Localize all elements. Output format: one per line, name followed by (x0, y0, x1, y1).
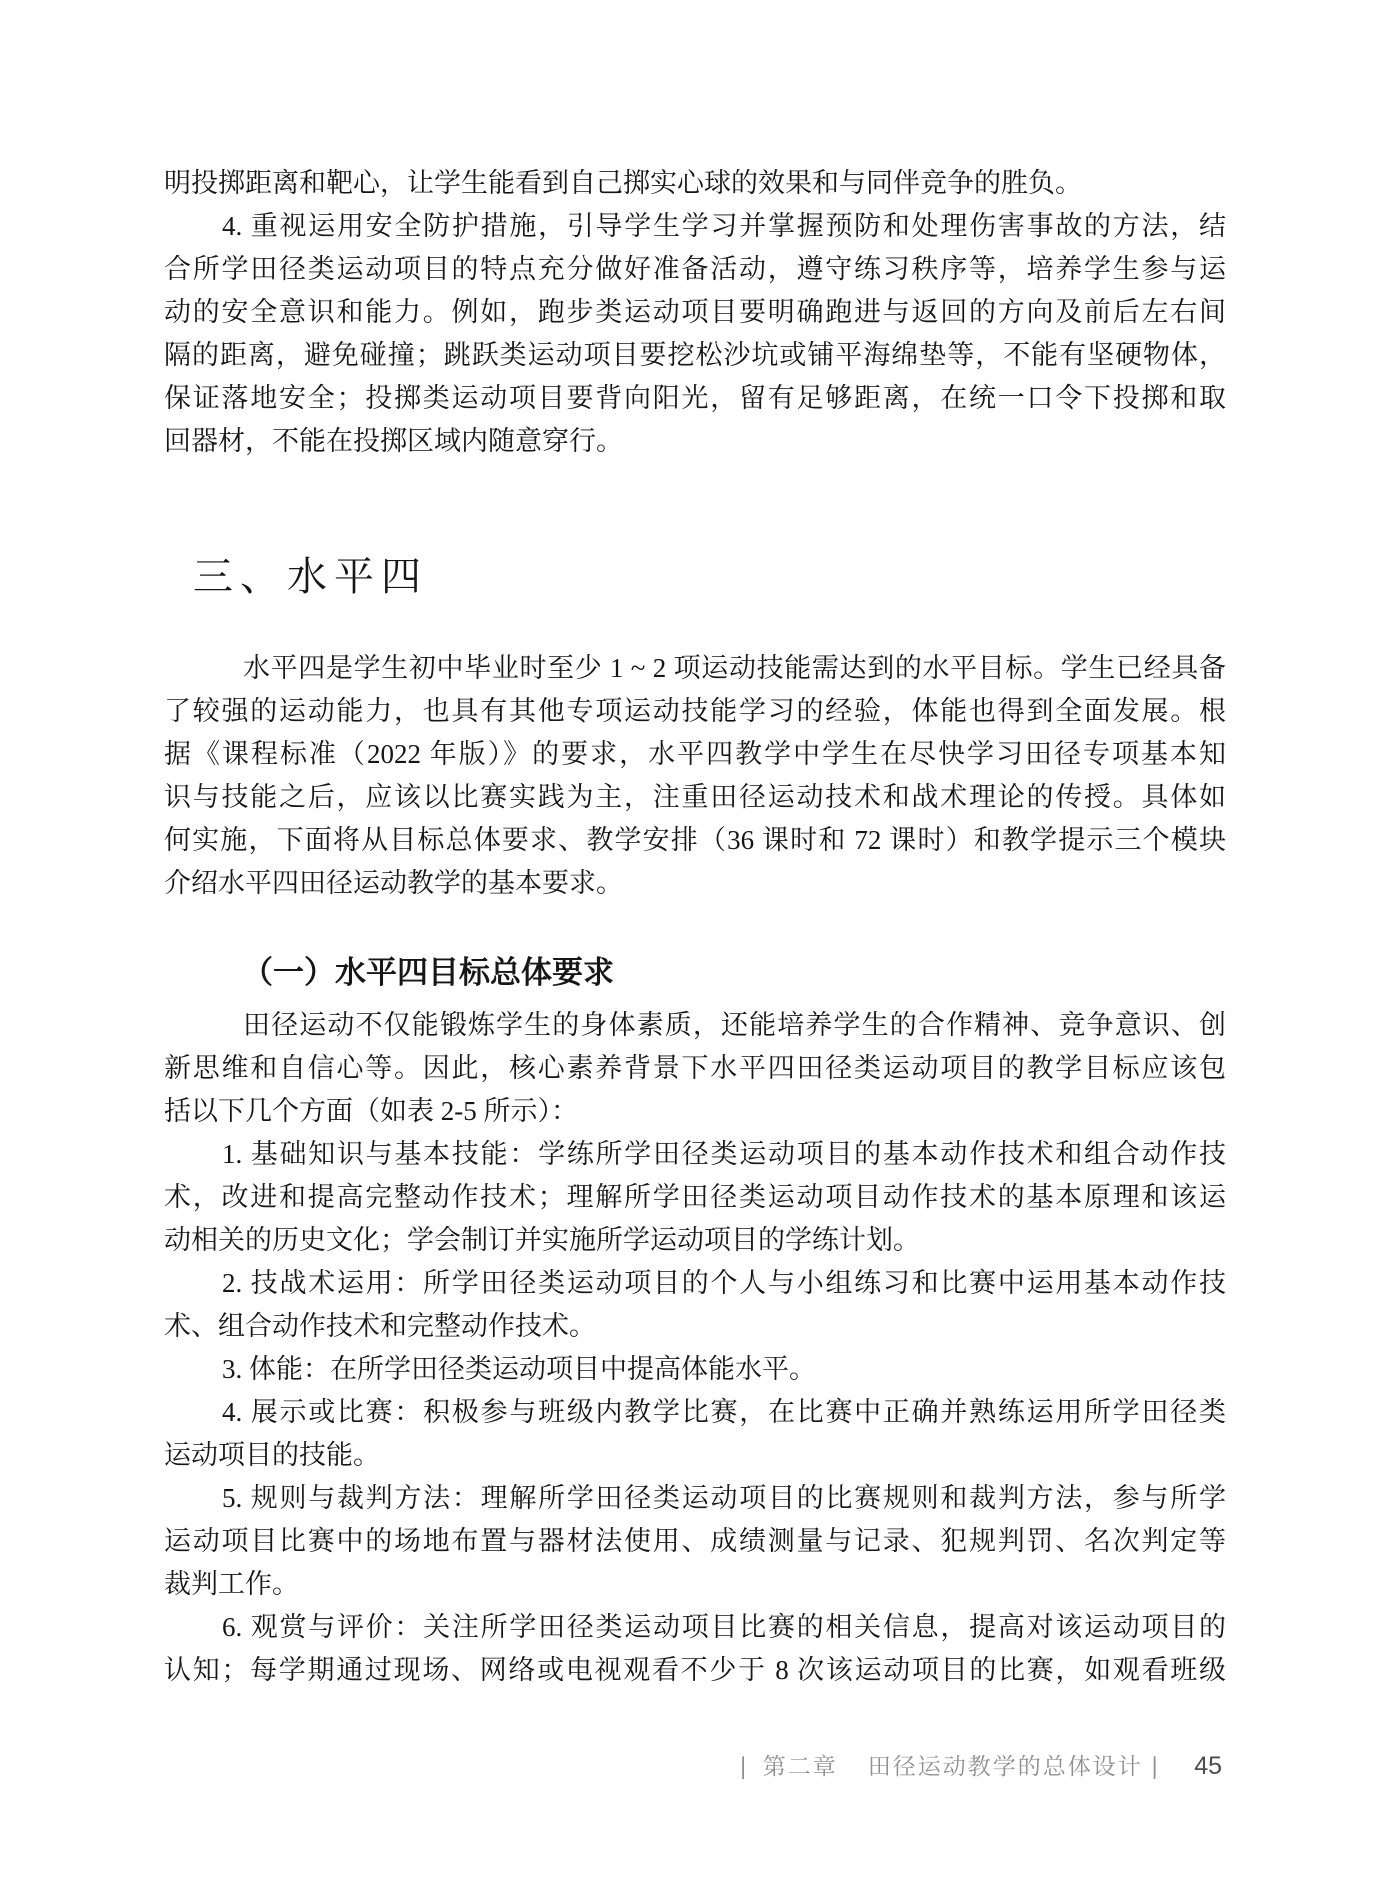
book-page: 明投掷距离和靶心，让学生能看到自己掷实心球的效果和与同伴竞争的胜负。4. 重视运… (0, 0, 1374, 1891)
footer-separator-right: ∣ (1149, 1753, 1163, 1780)
text-line: 动相关的历史文化；学会制订并实施所学运动项目的学练计划。 (164, 1219, 1226, 1262)
text-line: 介绍水平四田径运动教学的基本要求。 (164, 862, 1226, 905)
text-line: 4. 展示或比赛：积极参与班级内教学比赛，在比赛中正确并熟练运用所学田径类 (164, 1391, 1226, 1434)
subsection-heading-goals: （一）水平四目标总体要求 (242, 953, 1226, 993)
text-column: 明投掷距离和靶心，让学生能看到自己掷实心球的效果和与同伴竞争的胜负。4. 重视运… (164, 0, 1226, 1692)
paragraph-level4-intro: 水平四是学生初中毕业时至少 1 ~ 2 项运动技能需达到的水平目标。学生已经具备… (164, 647, 1226, 905)
text-line: 何实施，下面将从目标总体要求、教学安排（36 课时和 72 课时）和教学提示三个… (164, 819, 1226, 862)
text-line: 3. 体能：在所学田径类运动项目中提高体能水平。 (164, 1348, 1226, 1391)
text-line: 6. 观赏与评价：关注所学田径类运动项目比赛的相关信息，提高对该运动项目的 (164, 1606, 1226, 1649)
text-line: 运动项目的技能。 (164, 1434, 1226, 1477)
text-line: 田径运动不仅能锻炼学生的身体素质，还能培养学生的合作精神、竞争意识、创 (164, 1004, 1226, 1047)
text-line: 隔的距离，避免碰撞；跳跃类运动项目要挖松沙坑或铺平海绵垫等，不能有坚硬物体， (164, 334, 1226, 377)
text-line: 裁判工作。 (164, 1563, 1226, 1606)
footer-chapter-title: 田径运动教学的总体设计 (868, 1748, 1143, 1781)
paragraph-goals-intro: 田径运动不仅能锻炼学生的身体素质，还能培养学生的合作精神、竞争意识、创新思维和自… (164, 1004, 1226, 1133)
text-line: 了较强的运动能力，也具有其他专项运动技能学习的经验，体能也得到全面发展。根 (164, 690, 1226, 733)
section-heading-level4: 三、水平四 (193, 553, 1226, 601)
text-line: 5. 规则与裁判方法：理解所学田径类运动项目的比赛规则和裁判方法，参与所学 (164, 1477, 1226, 1520)
footer-chapter-label: 第二章 (763, 1748, 838, 1781)
text-line: 水平四是学生初中毕业时至少 1 ~ 2 项运动技能需达到的水平目标。学生已经具备 (164, 647, 1226, 690)
text-line: 4. 重视运用安全防护措施，引导学生学习并掌握预防和处理伤害事故的方法，结 (164, 205, 1226, 248)
text-line: 运动项目比赛中的场地布置与器材法使用、成绩测量与记录、犯规判罚、名次判定等 (164, 1520, 1226, 1563)
paragraph-safety-measures: 明投掷距离和靶心，让学生能看到自己掷实心球的效果和与同伴竞争的胜负。4. 重视运… (164, 162, 1226, 463)
text-line: 新思维和自信心等。因此，核心素养背景下水平四田径类运动项目的教学目标应该包 (164, 1047, 1226, 1090)
text-line: 括以下几个方面（如表 2-5 所示）： (164, 1090, 1226, 1133)
text-line: 术，改进和提高完整动作技术；理解所学田径类运动项目动作技术的基本原理和该运 (164, 1176, 1226, 1219)
text-line: 据《课程标准（2022 年版）》的要求，水平四教学中学生在尽快学习田径专项基本知 (164, 733, 1226, 776)
goal-item-rules-judging: 5. 规则与裁判方法：理解所学田径类运动项目的比赛规则和裁判方法，参与所学运动项… (164, 1477, 1226, 1606)
goal-item-competition: 4. 展示或比赛：积极参与班级内教学比赛，在比赛中正确并熟练运用所学田径类运动项… (164, 1391, 1226, 1477)
goal-item-basic-knowledge: 1. 基础知识与基本技能：学练所学田径类运动项目的基本动作技术和组合动作技术，改… (164, 1133, 1226, 1262)
text-line: 认知；每学期通过现场、网络或电视观看不少于 8 次该运动项目的比赛，如观看班级 (164, 1649, 1226, 1692)
page-footer: ∣ 第二章 田径运动教学的总体设计 ∣ 45 (737, 1748, 1222, 1781)
text-line: 2. 技战术运用：所学田径类运动项目的个人与小组练习和比赛中运用基本动作技 (164, 1262, 1226, 1305)
text-line: 明投掷距离和靶心，让学生能看到自己掷实心球的效果和与同伴竞争的胜负。 (164, 162, 1226, 205)
text-line: 1. 基础知识与基本技能：学练所学田径类运动项目的基本动作技术和组合动作技 (164, 1133, 1226, 1176)
text-line: 保证落地安全；投掷类运动项目要背向阳光，留有足够距离，在统一口令下投掷和取 (164, 377, 1226, 420)
text-line: 回器材，不能在投掷区域内随意穿行。 (164, 420, 1226, 463)
text-line: 识与技能之后，应该以比赛实践为主，注重田径运动技术和战术理论的传授。具体如 (164, 776, 1226, 819)
footer-separator-left: ∣ (737, 1753, 751, 1780)
page-number: 45 (1194, 1752, 1222, 1781)
goal-item-tactics: 2. 技战术运用：所学田径类运动项目的个人与小组练习和比赛中运用基本动作技术、组… (164, 1262, 1226, 1348)
goal-item-appreciation: 6. 观赏与评价：关注所学田径类运动项目比赛的相关信息，提高对该运动项目的认知；… (164, 1606, 1226, 1692)
text-line: 动的安全意识和能力。例如，跑步类运动项目要明确跑进与返回的方向及前后左右间 (164, 291, 1226, 334)
text-line: 合所学田径类运动项目的特点充分做好准备活动，遵守练习秩序等，培养学生参与运 (164, 248, 1226, 291)
goal-item-fitness: 3. 体能：在所学田径类运动项目中提高体能水平。 (164, 1348, 1226, 1391)
text-line: 术、组合动作技术和完整动作技术。 (164, 1305, 1226, 1348)
